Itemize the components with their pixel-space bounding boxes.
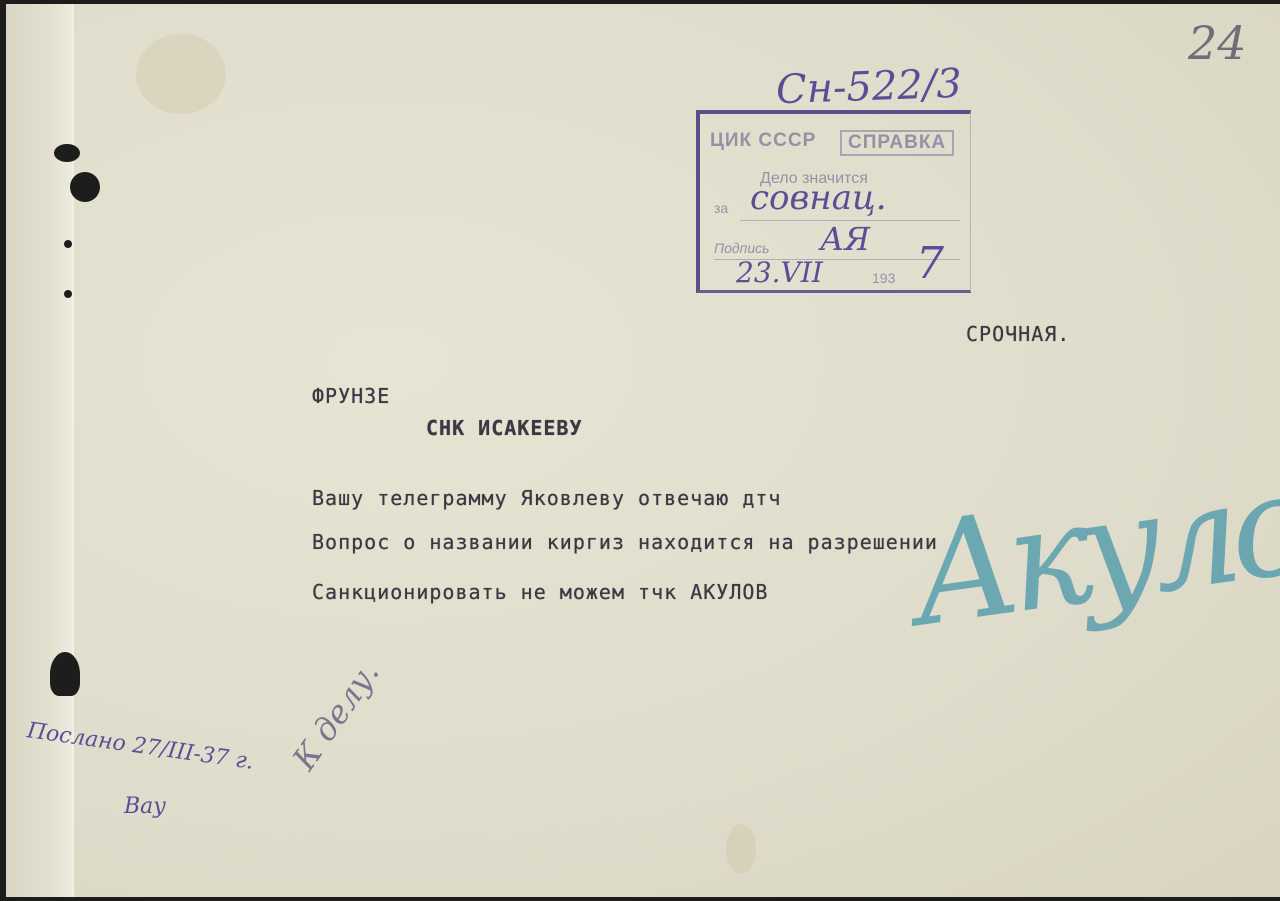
urgency-label: СРОЧНАЯ.: [966, 322, 1070, 346]
binding-strip: [6, 4, 74, 897]
punch-hole: [54, 144, 80, 162]
stamp-field-za-value: совнац.: [750, 178, 887, 218]
stamp-year-suffix: 7: [916, 238, 944, 289]
punch-hole: [50, 652, 80, 696]
paper-stain: [726, 824, 756, 874]
page-number: 24: [1188, 16, 1247, 70]
punch-hole: [64, 290, 72, 298]
stamp-field-signature-value: АЯ: [820, 220, 870, 258]
document-page: 24 Сн-522/3 ЦИК СССР СПРАВКА Дело значит…: [6, 4, 1280, 897]
stamp-field-signature-label: Подпись: [714, 240, 770, 256]
paper-stain: [136, 34, 226, 114]
signature: Акулов: [902, 432, 1280, 658]
body-line: Вопрос о названии киргиз находится на ра…: [312, 530, 938, 554]
addressee: СНК ИСАКЕЕВУ: [426, 416, 583, 440]
stamp-year-prefix: 193: [872, 270, 895, 286]
sent-initials: Вау: [124, 794, 166, 819]
registration-number: Сн-522/3: [775, 61, 962, 113]
punch-hole: [64, 240, 72, 248]
stamp-date-value: 23.VII: [736, 256, 823, 289]
body-line: Санкционировать не можем тчк АКУЛОВ: [312, 580, 768, 604]
registration-stamp: ЦИК СССР СПРАВКА Дело значится за совнац…: [696, 110, 971, 293]
body-line: Вашу телеграмму Яковлеву отвечаю дтч: [312, 486, 781, 510]
stamp-header-left: ЦИК СССР: [710, 130, 816, 152]
stamp-header-right: СПРАВКА: [840, 130, 954, 156]
destination-city: ФРУНЗЕ: [312, 384, 390, 408]
punch-hole: [70, 172, 100, 202]
file-note: К делу.: [285, 654, 387, 777]
stamp-field-za-label: за: [714, 200, 728, 216]
